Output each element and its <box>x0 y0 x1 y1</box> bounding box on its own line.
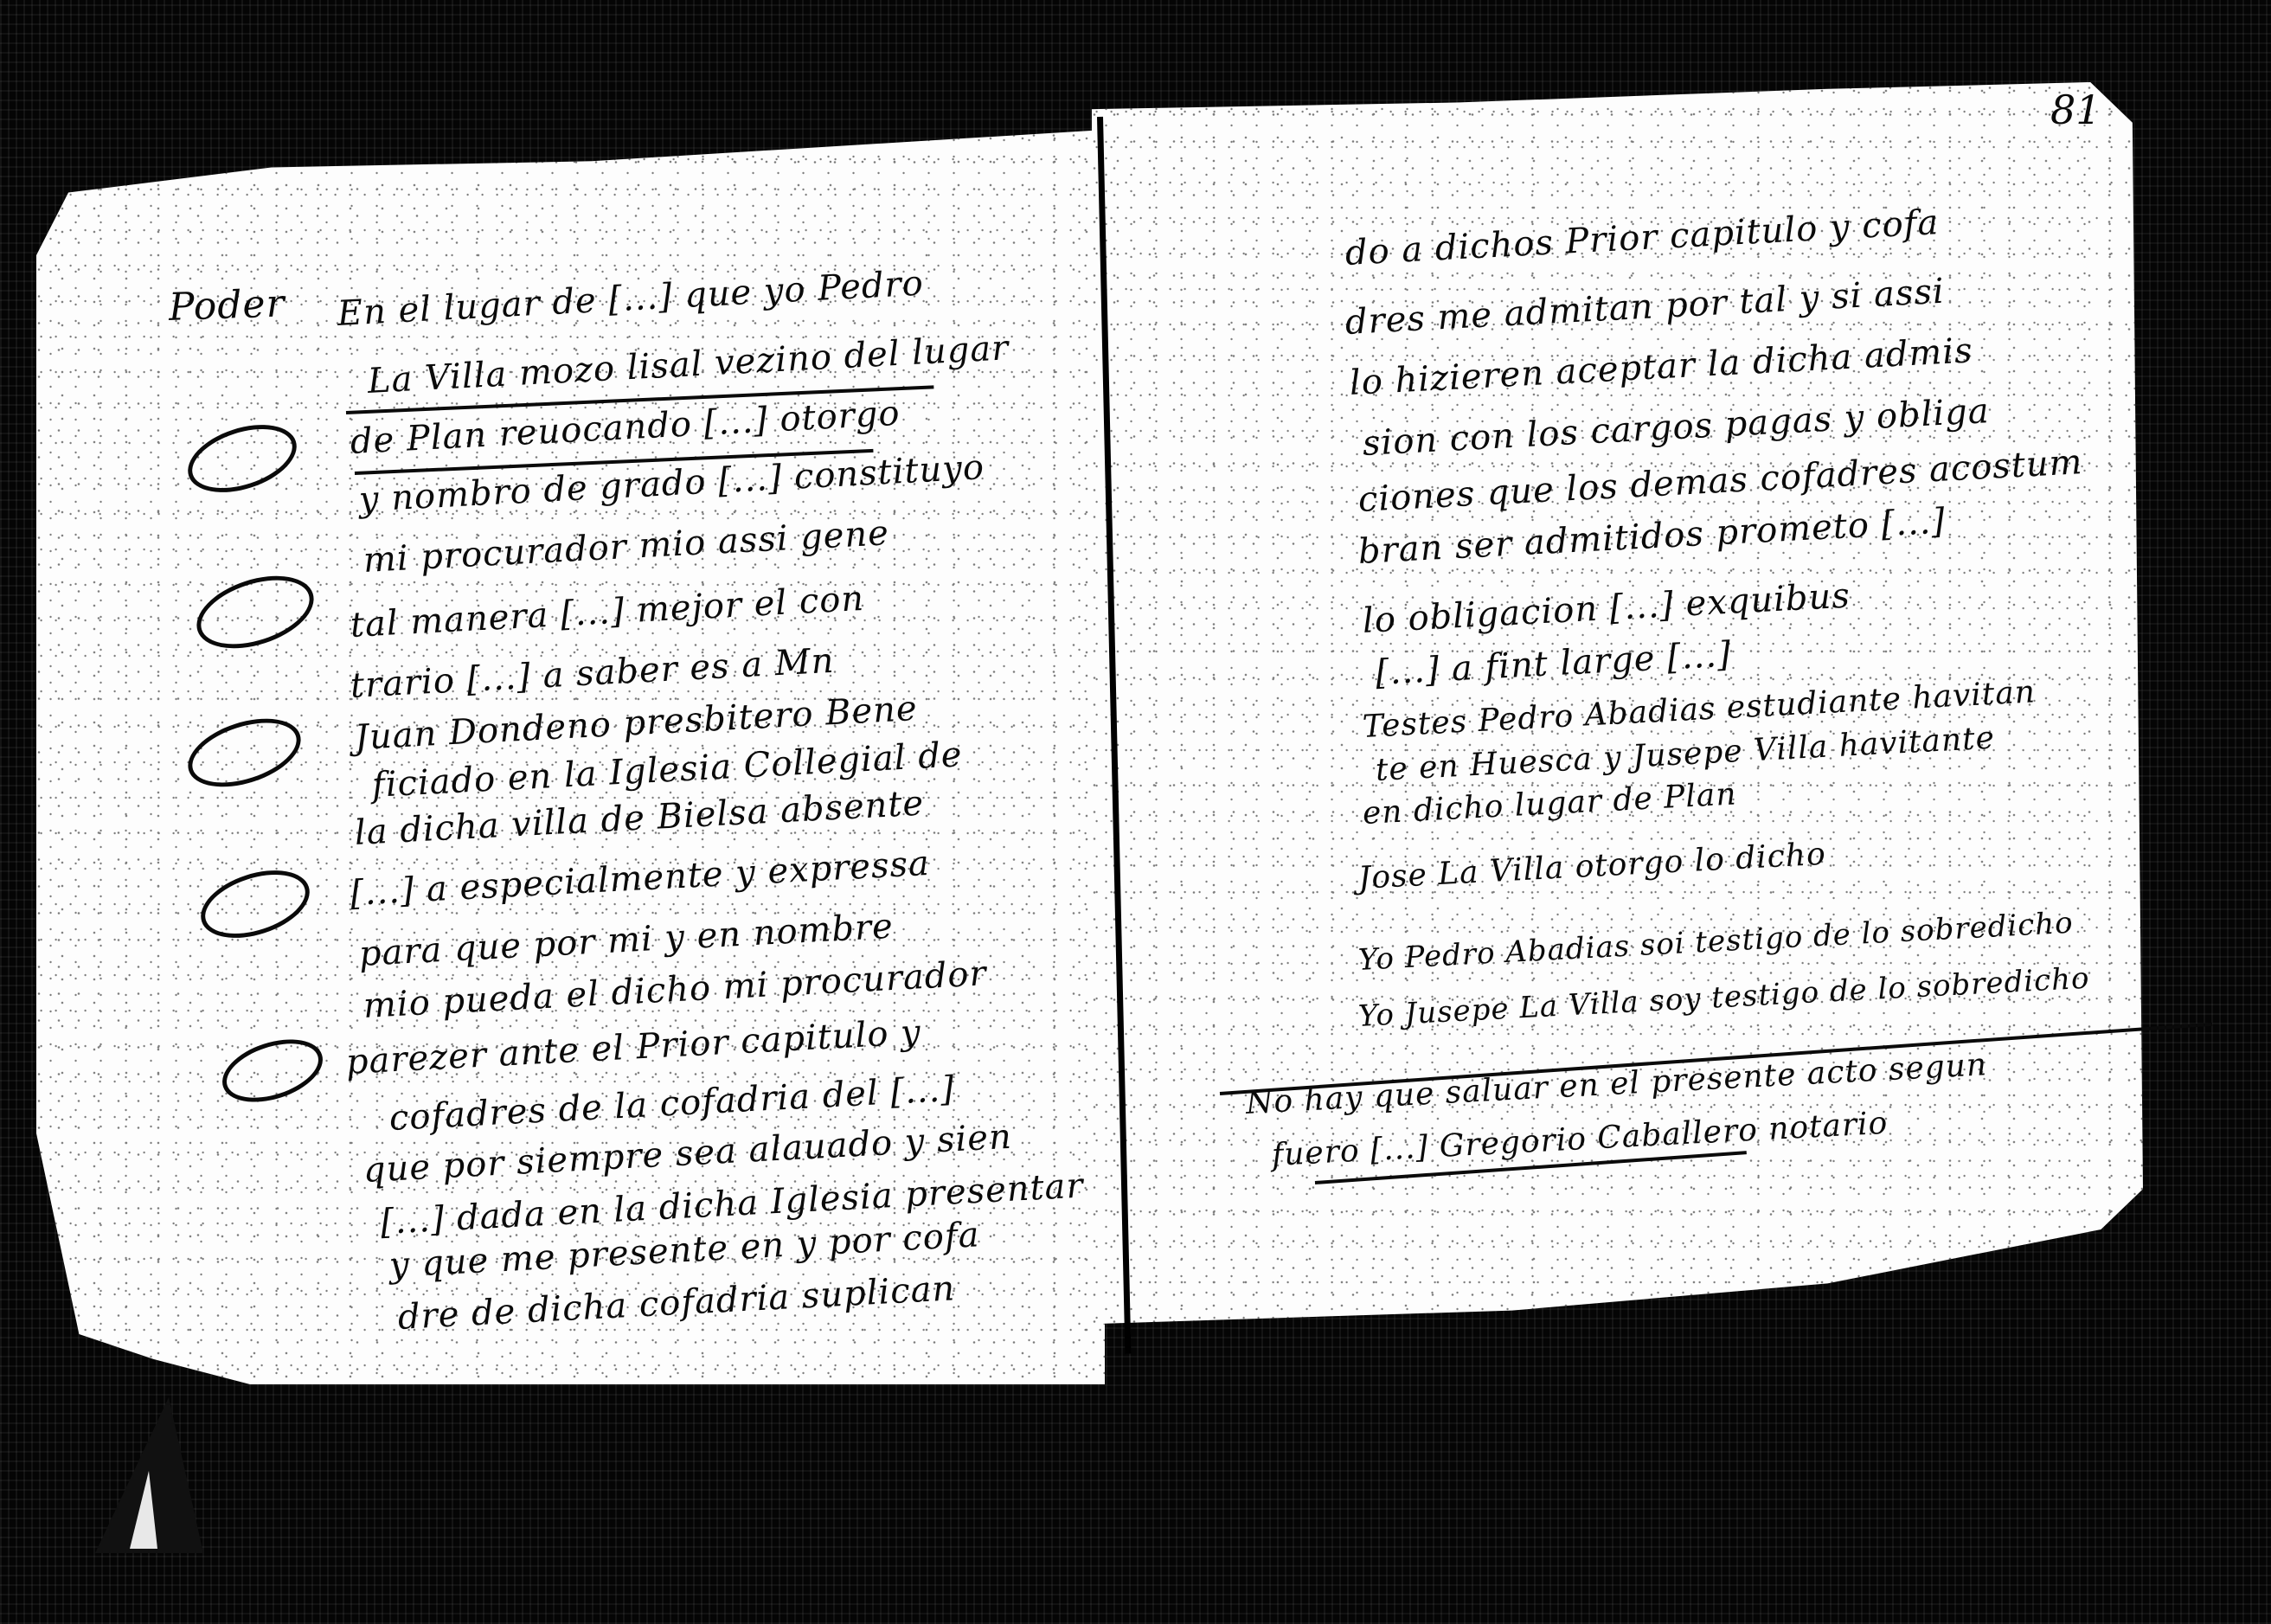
margin-heading: Poder <box>168 281 285 330</box>
folio-number: 81 <box>2050 87 2101 133</box>
page-corner-fold-highlight <box>130 1471 157 1549</box>
